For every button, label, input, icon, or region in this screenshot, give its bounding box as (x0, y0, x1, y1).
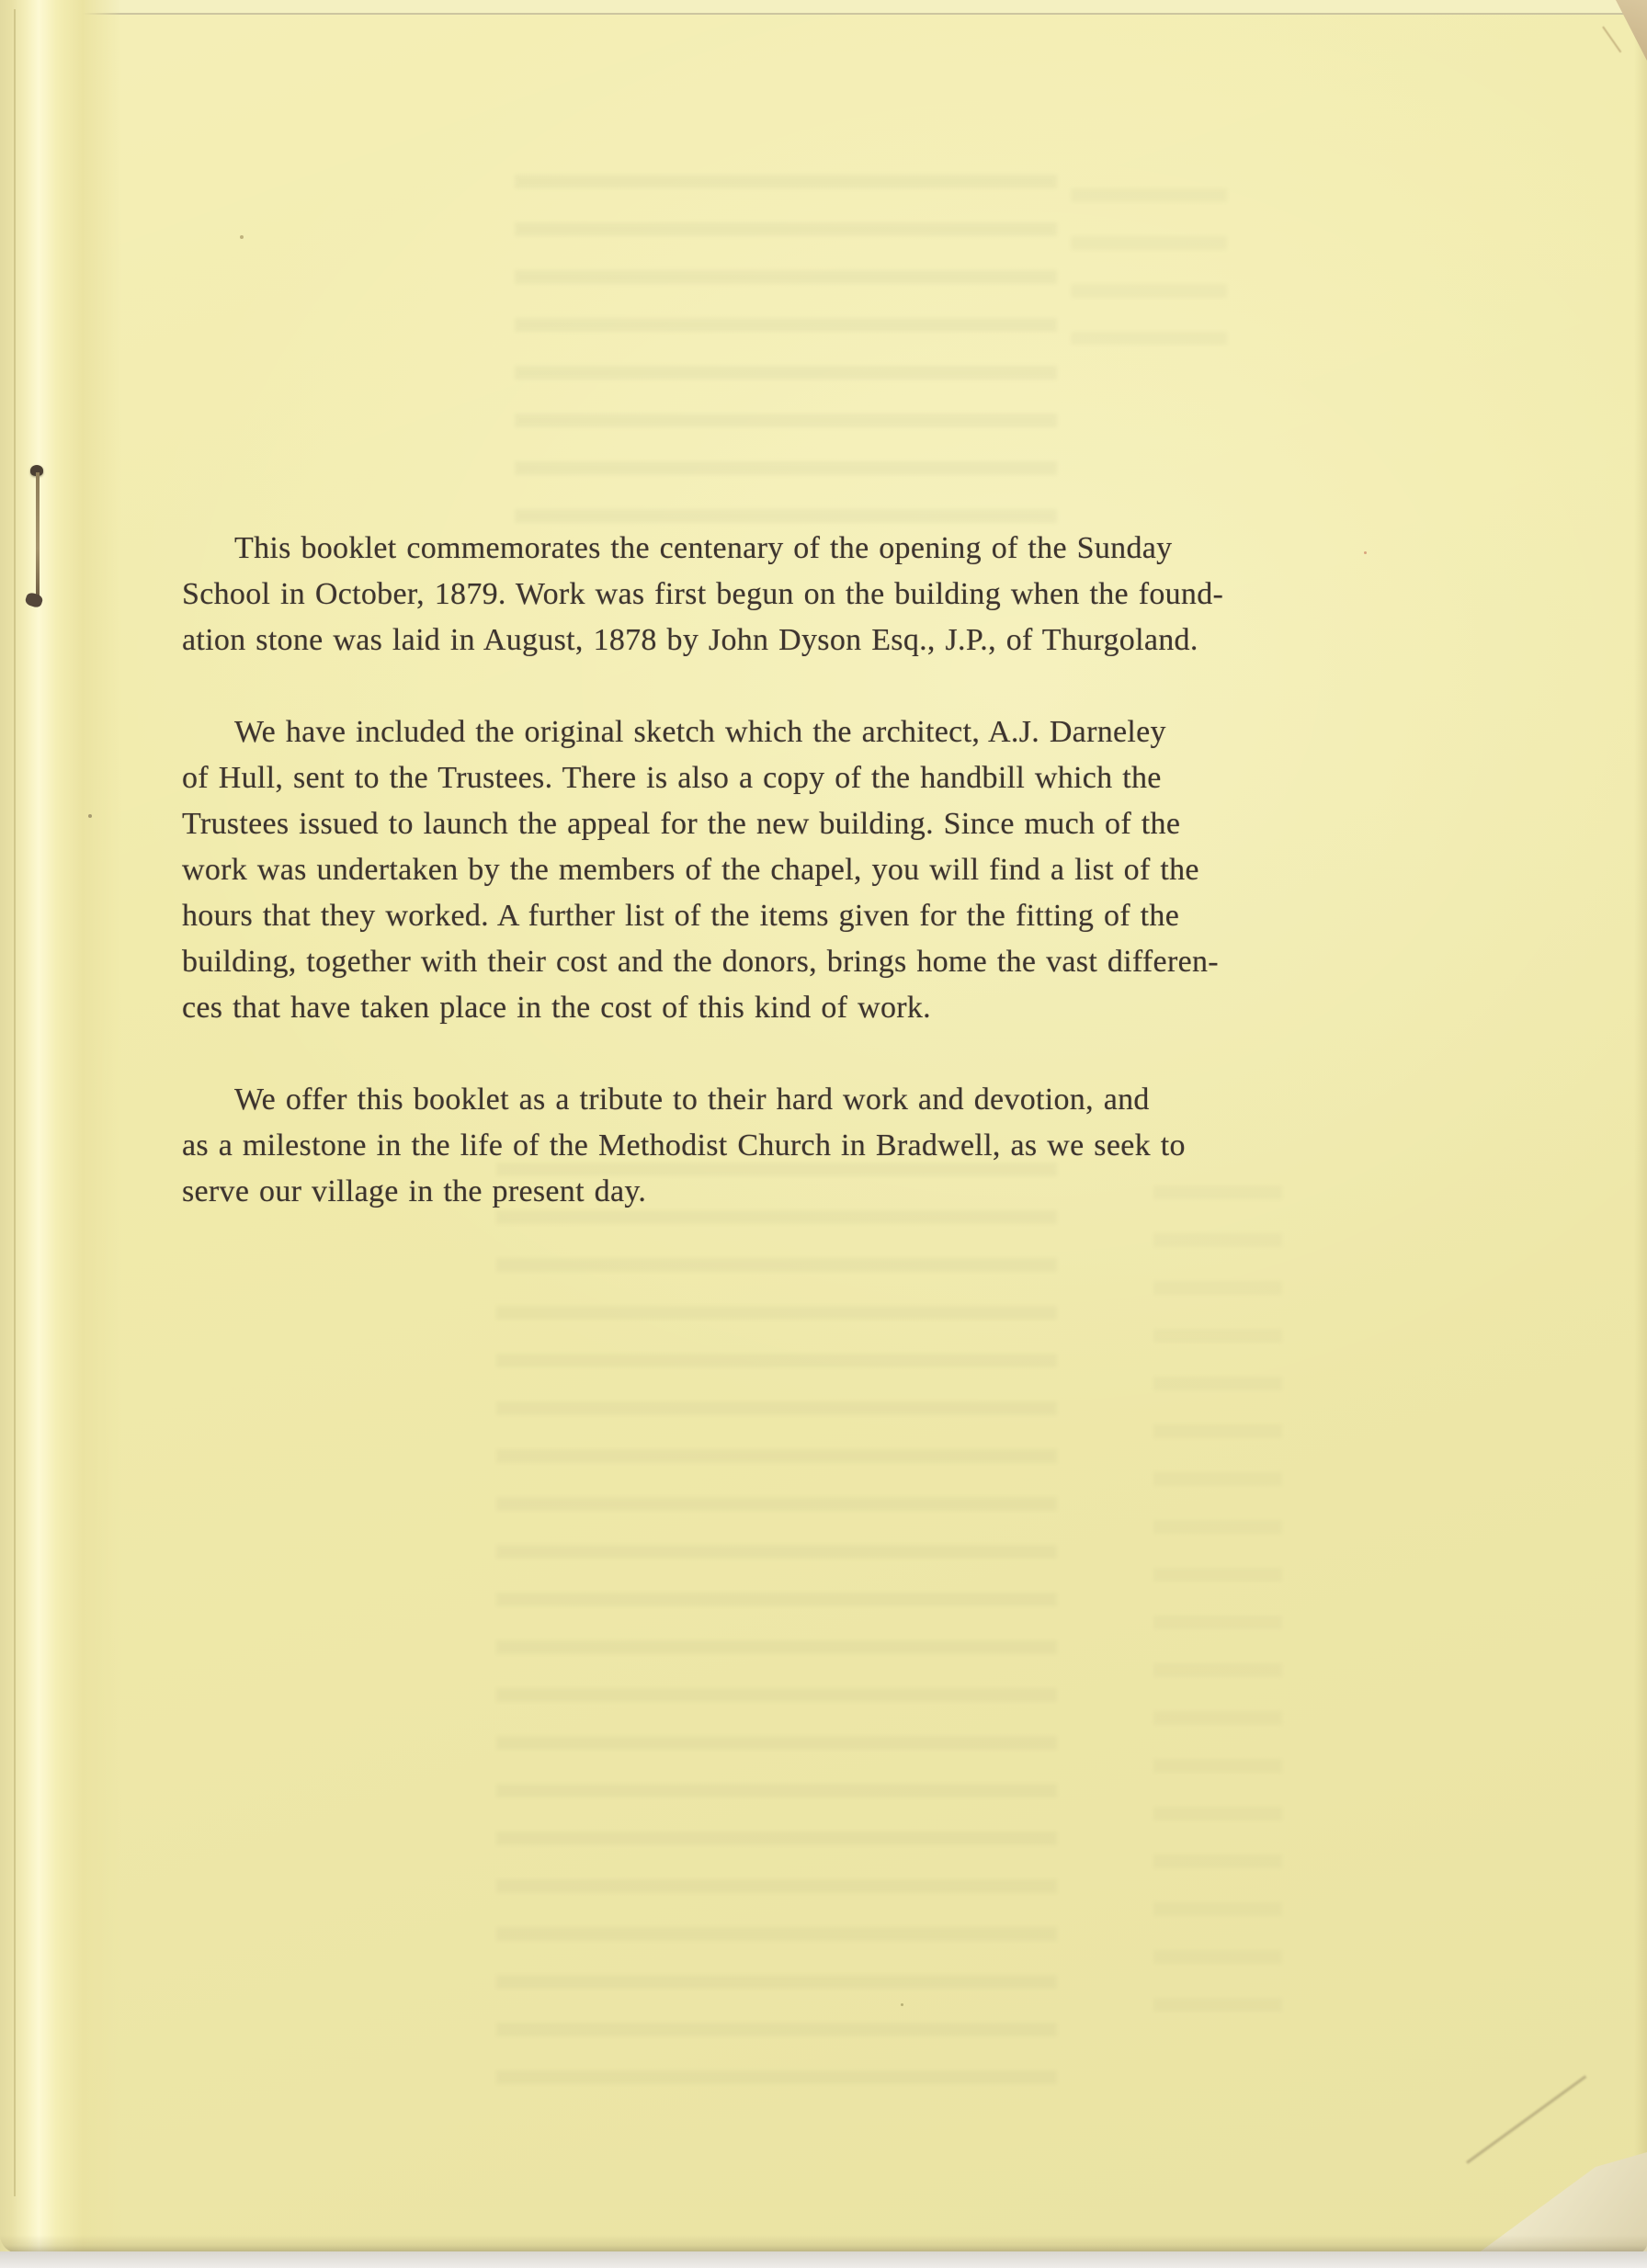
paragraph-3: We offer this booklet as a tribute to th… (182, 1077, 1340, 1215)
paper-speck (901, 2003, 903, 2006)
spine-gutter-shading (0, 0, 121, 2253)
paper-speck (88, 814, 92, 818)
underlying-page-edge (14, 9, 16, 2196)
paragraph-1: This booklet commemorates the centenary … (182, 526, 1340, 663)
page-bottom-shadow (0, 2235, 1647, 2253)
show-through-text-lower-column (1153, 1185, 1282, 2040)
corner-fold-crease (1466, 2075, 1586, 2163)
staple-wire (36, 472, 40, 599)
text-block: This booklet commemorates the centenary … (182, 526, 1340, 1261)
show-through-text-upper-column (1071, 188, 1227, 345)
page-top-edge (0, 0, 1647, 15)
show-through-text-lower (496, 1162, 1057, 2109)
paper-speck (1364, 551, 1367, 554)
scanned-document: This booklet commemorates the centenary … (0, 0, 1647, 2268)
paragraph-2: We have included the original sketch whi… (182, 709, 1340, 1031)
page-right-edge-shading (1634, 0, 1647, 2253)
paper-speck (240, 235, 244, 239)
show-through-text-upper (515, 175, 1057, 524)
scanner-background-strip (0, 2251, 1647, 2268)
booklet-page: This booklet commemorates the centenary … (0, 0, 1647, 2253)
top-corner-crease (1602, 26, 1621, 52)
